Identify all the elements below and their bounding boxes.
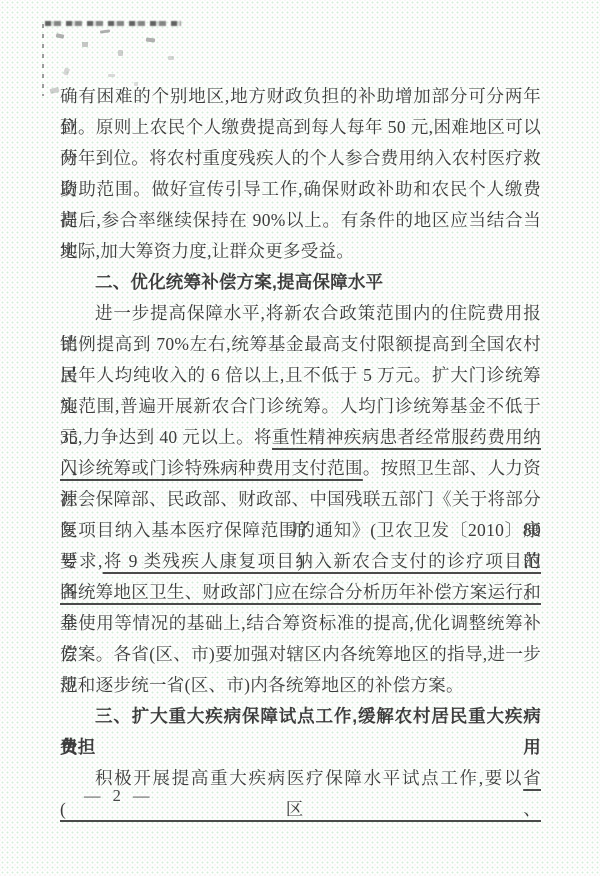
text-line: 进一步提高保障水平,将新农合政策范围内的住院费用报销 (60, 298, 541, 329)
text-line: 高后,参合率继续保持在 90%以上。有条件的地区应当结合当地 (60, 205, 541, 236)
text-line: 各统筹地区卫生、财政部门应在综合分析历年补偿方案运行和基 (60, 577, 541, 608)
scanned-document-page: { "page": { "number": "2", "number_label… (0, 0, 600, 876)
text-line: 确有困难的个别地区,地方财政负担的补助增加部分可分两年到 (60, 81, 541, 112)
stamp-edge-line (42, 24, 44, 96)
text-line: 资助范围。做好宣传引导工作,确保财政补助和农民个人缴费提 (60, 174, 541, 205)
scan-speck (146, 38, 155, 43)
text-line: 社会保障部、民政部、财政部、中国残联五部门《关于将部分医疗康 (60, 484, 541, 515)
text-segment: 要求, (60, 551, 103, 571)
scan-speck (82, 42, 88, 47)
text-line: 位。原则上农民个人缴费提高到每人每年 50 元,困难地区可以分 (60, 112, 541, 143)
text-line: 要求,将 9 类残疾人康复项目纳入新农合支付的诊疗项目范围。 (60, 546, 541, 577)
page-number: — 2 — (84, 786, 154, 806)
text-segment: 实际,加大筹资力度,让群众更多受益。 (60, 241, 354, 261)
text-line: 方案。各省(区、市)要加强对辖区内各统筹地区的指导,进一步规 (60, 639, 541, 670)
text-line: 范和逐步统一省(区、市)内各统筹地区的补偿方案。 (60, 670, 541, 701)
text-segment: 负担 (60, 737, 95, 757)
scan-speck (56, 33, 65, 39)
text-segment: 积极开展提高重大疾病医疗保障水平试点工作,要以 (95, 768, 523, 788)
heading-line: 三、扩大重大疾病保障试点工作,缓解农村居民重大疾病费用 (60, 701, 541, 732)
text-line: 两年到位。将农村重度残疾人的个人参合费用纳入农村医疗救助 (60, 143, 541, 174)
text-segment: 元,力争达到 40 元以上。将 (60, 427, 272, 447)
text-segment: 二、优化统筹补偿方案,提高保障水平 (95, 272, 383, 292)
scan-speck (50, 87, 60, 94)
text-line: 实际,加大筹资力度,让群众更多受益。 (60, 236, 541, 267)
scan-speck (108, 74, 115, 77)
text-segment: 范和逐步统一省(区、市)内各统筹地区的补偿方案。 (60, 675, 464, 695)
text-line: 门诊统筹或门诊特殊病种费用支付范围。按照卫生部、人力资源 (60, 453, 541, 484)
text-line: 元,力争达到 40 元以上。将重性精神疾病患者经常服药费用纳入 (60, 422, 541, 453)
scan-speck (118, 50, 123, 56)
stamp-smudge-line (45, 21, 181, 26)
document-text: 确有困难的个别地区,地方财政负担的补助增加部分可分两年到位。原则上农民个人缴费提… (60, 81, 541, 794)
scan-speck (100, 29, 110, 33)
text-line: 民年人均纯收入的 6 倍以上,且不低于 5 万元。扩大门诊统筹实 (60, 360, 541, 391)
text-line: 比例提高到 70%左右,统筹基金最高支付限额提高到全国农村居 (60, 329, 541, 360)
heading-line: 二、优化统筹补偿方案,提高保障水平 (60, 267, 541, 298)
scan-speck (168, 56, 174, 60)
text-line: 复项目纳入基本医疗保障范围的通知》(卫农卫发〔2010〕80 号)的 (60, 515, 541, 546)
text-line: 施范围,普遍开展新农合门诊统筹。人均门诊统筹基金不低于 35 (60, 391, 541, 422)
underline-annotation: 门诊统筹或门诊特殊病种费用支付范围 (60, 458, 363, 478)
text-segment: 三、扩大重大疾病保障试点工作,缓解农村居民重大疾病费用 (60, 706, 541, 757)
text-line: 金使用等情况的基础上,结合筹资标准的提高,优化调整统筹补偿 (60, 608, 541, 639)
scan-speck (63, 67, 70, 75)
